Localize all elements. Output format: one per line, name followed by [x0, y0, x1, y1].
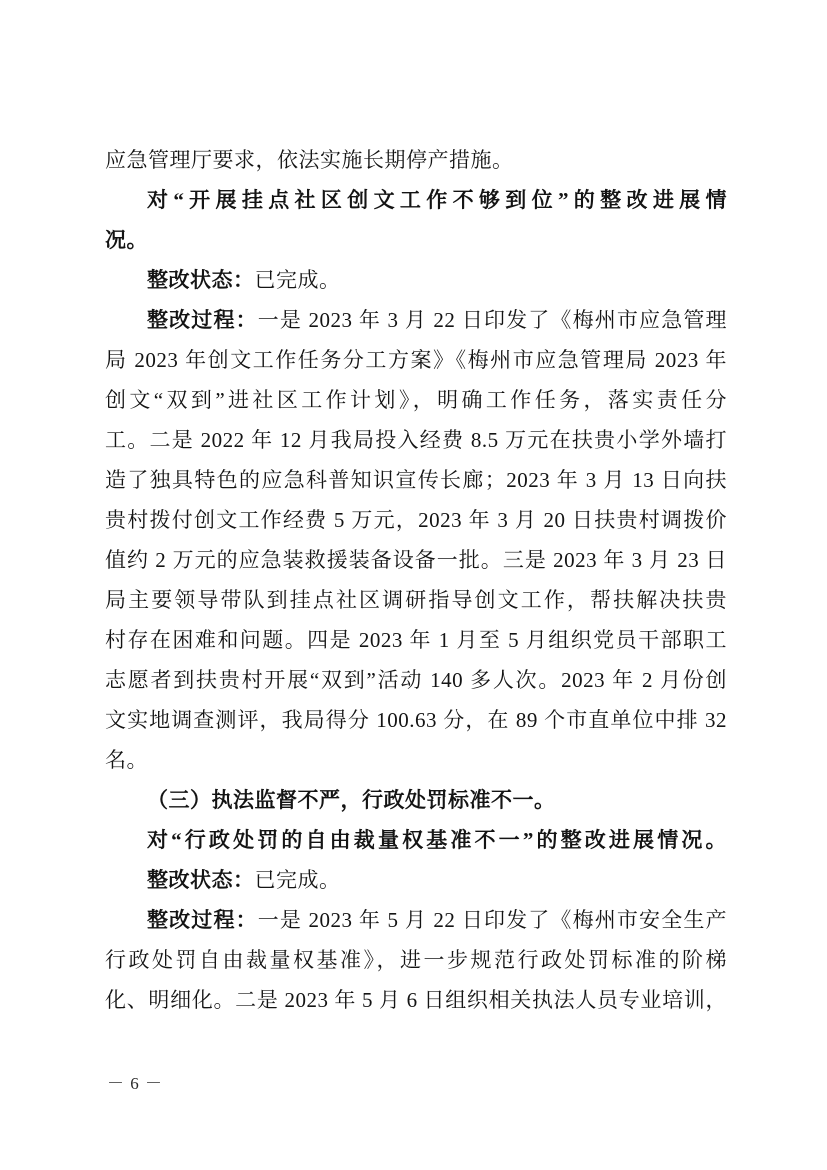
heading-chuangwen-rectification: 对“开展挂点社区创文工作不够到位”的整改进展情	[105, 180, 727, 220]
body-line: 创文“双到”进社区工作计划》，明确工作任务，落实责任分	[105, 380, 727, 420]
body-text: 局主要领导带队到挂点社区调研指导创文工作，帮扶解决扶贵	[105, 588, 727, 612]
body-text: 名。	[105, 748, 148, 772]
body-line: 局 2023 年创文工作任务分工方案》《梅州市应急管理局 2023 年	[105, 340, 727, 380]
body-text: 化、明细化。二是 2023 年 5 月 6 日组织相关执法人员专业培训，	[105, 988, 727, 1012]
section-heading-3: （三）执法监督不严，行政处罚标准不一。	[105, 780, 727, 820]
heading-text: 对“开展挂点社区创文工作不够到位”的整改进展情	[147, 188, 727, 212]
body-line: 文实地调查测评，我局得分 100.63 分，在 89 个市直单位中排 32	[105, 700, 727, 740]
process-line-1: 整改过程：一是 2023 年 3 月 22 日印发了《梅州市应急管理	[105, 300, 727, 340]
body-line: 志愿者到扶贵村开展“双到”活动 140 多人次。2023 年 2 月份创	[105, 660, 727, 700]
status-value: 已完成。	[255, 268, 341, 292]
body-text: 值约 2 万元的应急装救援装备设备一批。三是 2023 年 3 月 23 日	[105, 548, 727, 572]
body-text: 造了独具特色的应急科普知识宣传长廊；2023 年 3 月 13 日向扶	[105, 468, 727, 492]
process-text: 一是 2023 年 5 月 22 日印发了《梅州市安全生产	[258, 908, 727, 932]
body-text: 村存在困难和问题。四是 2023 年 1 月至 5 月组织党员干部职工	[105, 628, 727, 652]
body-line: 工。二是 2022 年 12 月我局投入经费 8.5 万元在扶贵小学外墙打	[105, 420, 727, 460]
section-heading-text: （三）执法监督不严，行政处罚标准不一。	[147, 788, 556, 812]
process-label: 整改过程：	[147, 908, 258, 932]
process-line-2: 整改过程：一是 2023 年 5 月 22 日印发了《梅州市安全生产	[105, 900, 727, 940]
body-text: 工。二是 2022 年 12 月我局投入经费 8.5 万元在扶贵小学外墙打	[105, 428, 727, 452]
status-label: 整改状态：	[147, 868, 255, 892]
status-line-1: 整改状态：已完成。	[105, 260, 727, 300]
process-label: 整改过程：	[147, 308, 258, 332]
body-line: 造了独具特色的应急科普知识宣传长廊；2023 年 3 月 13 日向扶	[105, 460, 727, 500]
body-text: 贵村拨付创文工作经费 5 万元，2023 年 3 月 20 日扶贵村调拨价	[105, 508, 727, 532]
document-page: 应急管理厅要求，依法实施长期停产措施。 对“开展挂点社区创文工作不够到位”的整改…	[0, 0, 827, 1170]
status-label: 整改状态：	[147, 268, 255, 292]
body-text: 行政处罚自由裁量权基准》，进一步规范行政处罚标准的阶梯	[105, 948, 727, 972]
document-body: 应急管理厅要求，依法实施长期停产措施。 对“开展挂点社区创文工作不够到位”的整改…	[105, 140, 727, 1020]
body-line: 村存在困难和问题。四是 2023 年 1 月至 5 月组织党员干部职工	[105, 620, 727, 660]
status-value: 已完成。	[255, 868, 341, 892]
status-line-2: 整改状态：已完成。	[105, 860, 727, 900]
body-text: 应急管理厅要求，依法实施长期停产措施。	[105, 148, 514, 172]
body-line: 应急管理厅要求，依法实施长期停产措施。	[105, 140, 727, 180]
body-line: 局主要领导带队到挂点社区调研指导创文工作，帮扶解决扶贵	[105, 580, 727, 620]
body-line: 行政处罚自由裁量权基准》，进一步规范行政处罚标准的阶梯	[105, 940, 727, 980]
heading-text: 况。	[105, 228, 148, 252]
body-line: 贵村拨付创文工作经费 5 万元，2023 年 3 月 20 日扶贵村调拨价	[105, 500, 727, 540]
page-number: － 6 －	[107, 1072, 163, 1096]
body-text: 创文“双到”进社区工作计划》，明确工作任务，落实责任分	[105, 388, 727, 412]
body-line: 名。	[105, 740, 727, 780]
heading-penalty-rectification: 对“行政处罚的自由裁量权基准不一”的整改进展情况。	[105, 820, 727, 860]
body-text: 志愿者到扶贵村开展“双到”活动 140 多人次。2023 年 2 月份创	[105, 668, 727, 692]
heading-chuangwen-rectification-cont: 况。	[105, 220, 727, 260]
body-line: 值约 2 万元的应急装救援装备设备一批。三是 2023 年 3 月 23 日	[105, 540, 727, 580]
process-text: 一是 2023 年 3 月 22 日印发了《梅州市应急管理	[258, 308, 727, 332]
body-text: 局 2023 年创文工作任务分工方案》《梅州市应急管理局 2023 年	[105, 348, 727, 372]
body-text: 文实地调查测评，我局得分 100.63 分，在 89 个市直单位中排 32	[105, 708, 727, 732]
heading-text: 对“行政处罚的自由裁量权基准不一”的整改进展情况。	[147, 828, 727, 852]
body-line: 化、明细化。二是 2023 年 5 月 6 日组织相关执法人员专业培训，	[105, 980, 727, 1020]
